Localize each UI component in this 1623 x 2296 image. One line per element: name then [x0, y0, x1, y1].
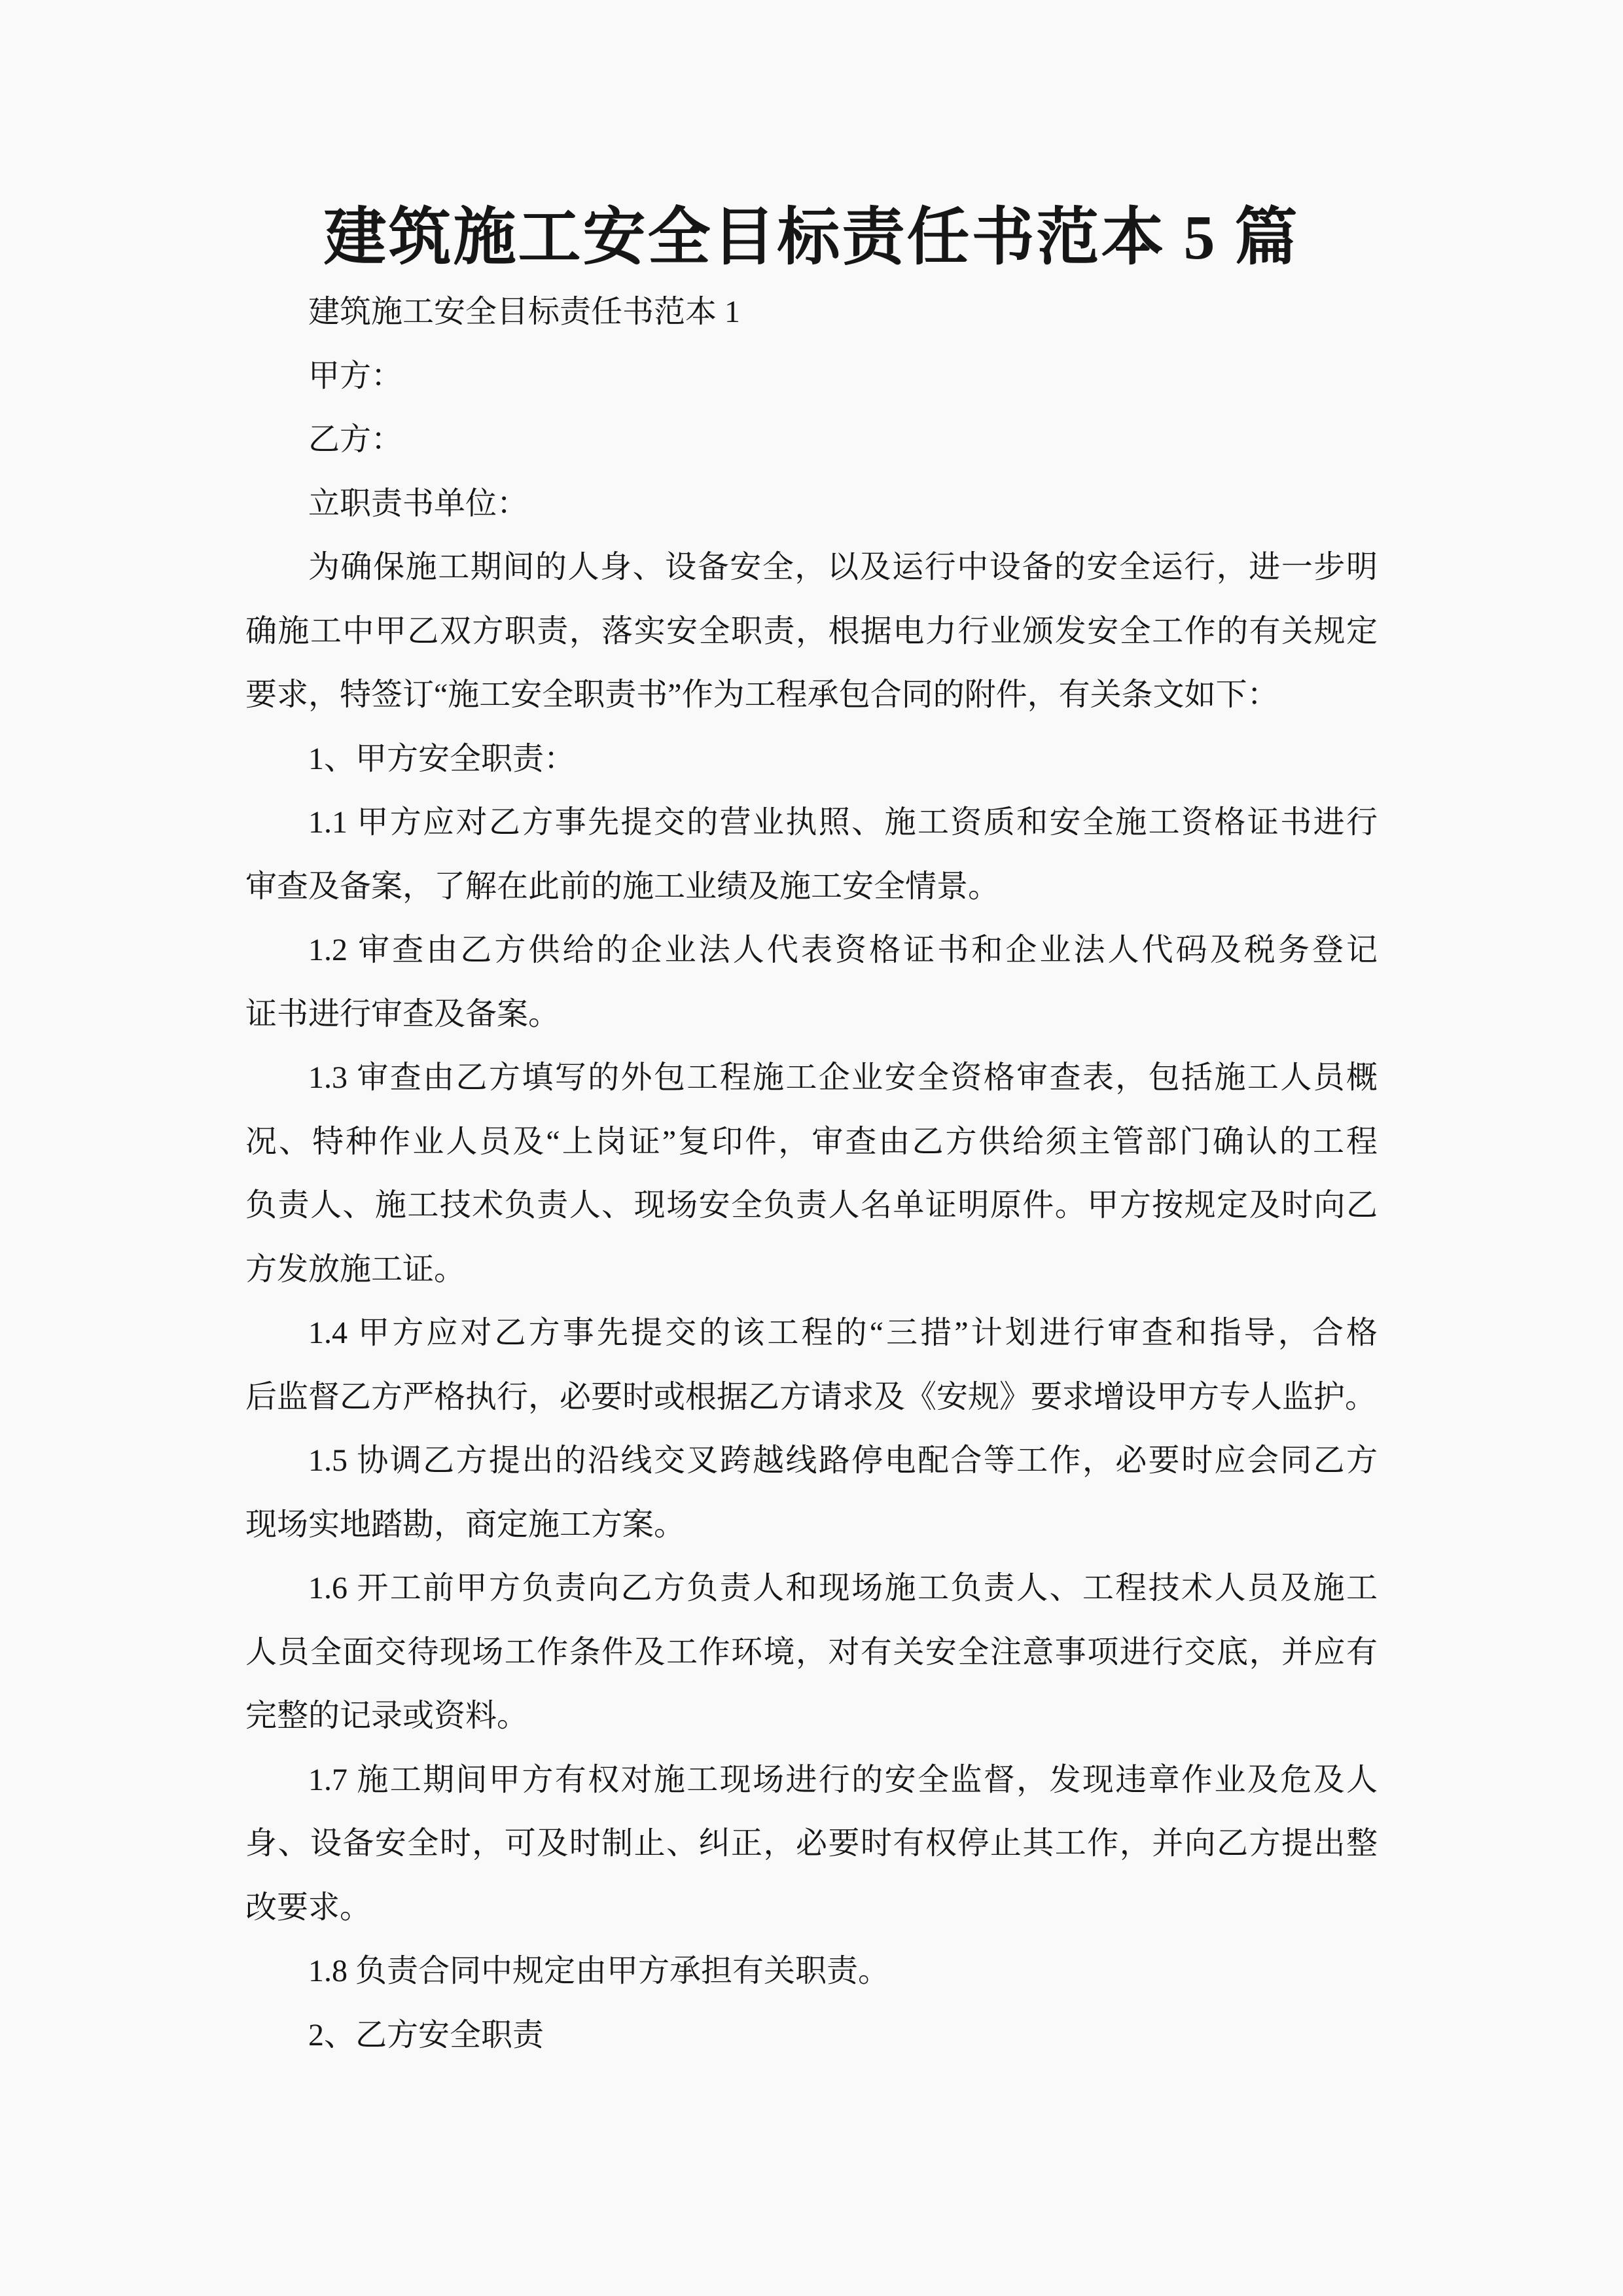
text-line: 负责人、施工技术负责人、现场安全负责人名单证明原件。甲方按规定及时向乙 — [245, 1174, 1378, 1238]
text-line: 方发放施工证。 — [245, 1238, 1378, 1302]
paragraph: 甲方： — [245, 344, 1378, 408]
paragraph: 乙方： — [245, 408, 1378, 472]
text-line: 现场实地踏勘，商定施工方案。 — [245, 1493, 1378, 1557]
paragraph: 1.5 协调乙方提出的沿线交叉跨越线路停电配合等工作，必要时应会同乙方现场实地踏… — [245, 1429, 1378, 1556]
text-line: 1.8 负责合同中规定由甲方承担有关职责。 — [245, 1939, 1378, 2003]
paragraph: 立职责书单位： — [245, 472, 1378, 536]
paragraph: 1.4 甲方应对乙方事先提交的该工程的“三措”计划进行审查和指导，合格后监督乙方… — [245, 1301, 1378, 1429]
text-line: 身、设备安全时，可及时制止、纠正，必要时有权停止其工作，并向乙方提出整 — [245, 1812, 1378, 1876]
paragraph: 1.6 开工前甲方负责向乙方负责人和现场施工负责人、工程技术人员及施工人员全面交… — [245, 1556, 1378, 1748]
text-line: 1.4 甲方应对乙方事先提交的该工程的“三措”计划进行审查和指导，合格 — [245, 1301, 1378, 1365]
text-line: 乙方： — [245, 408, 1378, 472]
text-line: 审查及备案，了解在此前的施工业绩及施工安全情景。 — [245, 855, 1378, 919]
text-line: 确施工中甲乙双方职责，落实安全职责，根据电力行业颁发安全工作的有关规定 — [245, 600, 1378, 664]
text-line: 后监督乙方严格执行，必要时或根据乙方请求及《安规》要求增设甲方专人监护。 — [245, 1365, 1378, 1429]
paragraph: 1.3 审查由乙方填写的外包工程施工企业安全资格审查表，包括施工人员概况、特种作… — [245, 1046, 1378, 1301]
paragraph: 为确保施工期间的人身、设备安全，以及运行中设备的安全运行，进一步明确施工中甲乙双… — [245, 535, 1378, 727]
text-line: 完整的记录或资料。 — [245, 1684, 1378, 1748]
text-line: 人员全面交待现场工作条件及工作环境，对有关安全注意事项进行交底，并应有 — [245, 1621, 1378, 1685]
text-line: 要求，特签订“施工安全职责书”作为工程承包合同的附件，有关条文如下： — [245, 663, 1378, 727]
text-line: 1.2 审查由乙方供给的企业法人代表资格证书和企业法人代码及税务登记 — [245, 918, 1378, 982]
text-line: 1、甲方安全职责： — [245, 727, 1378, 791]
text-line: 2、乙方安全职责 — [245, 2003, 1378, 2068]
paragraph: 1、甲方安全职责： — [245, 727, 1378, 791]
text-line: 1.3 审查由乙方填写的外包工程施工企业安全资格审查表，包括施工人员概 — [245, 1046, 1378, 1110]
paragraph: 1.2 审查由乙方供给的企业法人代表资格证书和企业法人代码及税务登记证书进行审查… — [245, 918, 1378, 1046]
text-line: 为确保施工期间的人身、设备安全，以及运行中设备的安全运行，进一步明 — [245, 535, 1378, 600]
paragraph: 2、乙方安全职责 — [245, 2003, 1378, 2068]
paragraph: 1.8 负责合同中规定由甲方承担有关职责。 — [245, 1939, 1378, 2003]
text-line: 况、特种作业人员及“上岗证”复印件，审查由乙方供给须主管部门确认的工程 — [245, 1110, 1378, 1174]
text-line: 1.7 施工期间甲方有权对施工现场进行的安全监督，发现违章作业及危及人 — [245, 1748, 1378, 1812]
text-line: 甲方： — [245, 344, 1378, 408]
text-line: 1.6 开工前甲方负责向乙方负责人和现场施工负责人、工程技术人员及施工 — [245, 1556, 1378, 1621]
paragraph: 建筑施工安全目标责任书范本 1 — [245, 280, 1378, 344]
text-line: 建筑施工安全目标责任书范本 1 — [245, 280, 1378, 344]
paragraph: 1.1 甲方应对乙方事先提交的营业执照、施工资质和安全施工资格证书进行审查及备案… — [245, 791, 1378, 918]
paragraph: 1.7 施工期间甲方有权对施工现场进行的安全监督，发现违章作业及危及人身、设备安… — [245, 1748, 1378, 1940]
document-body: 建筑施工安全目标责任书范本 1甲方：乙方：立职责书单位：为确保施工期间的人身、设… — [245, 280, 1378, 2067]
text-line: 1.1 甲方应对乙方事先提交的营业执照、施工资质和安全施工资格证书进行 — [245, 791, 1378, 855]
document-title: 建筑施工安全目标责任书范本 5 篇 — [0, 202, 1623, 274]
text-line: 1.5 协调乙方提出的沿线交叉跨越线路停电配合等工作，必要时应会同乙方 — [245, 1429, 1378, 1493]
document-page: 建筑施工安全目标责任书范本 5 篇 建筑施工安全目标责任书范本 1甲方：乙方：立… — [0, 0, 1623, 2296]
text-line: 立职责书单位： — [245, 472, 1378, 536]
text-line: 改要求。 — [245, 1876, 1378, 1940]
text-line: 证书进行审查及备案。 — [245, 982, 1378, 1047]
